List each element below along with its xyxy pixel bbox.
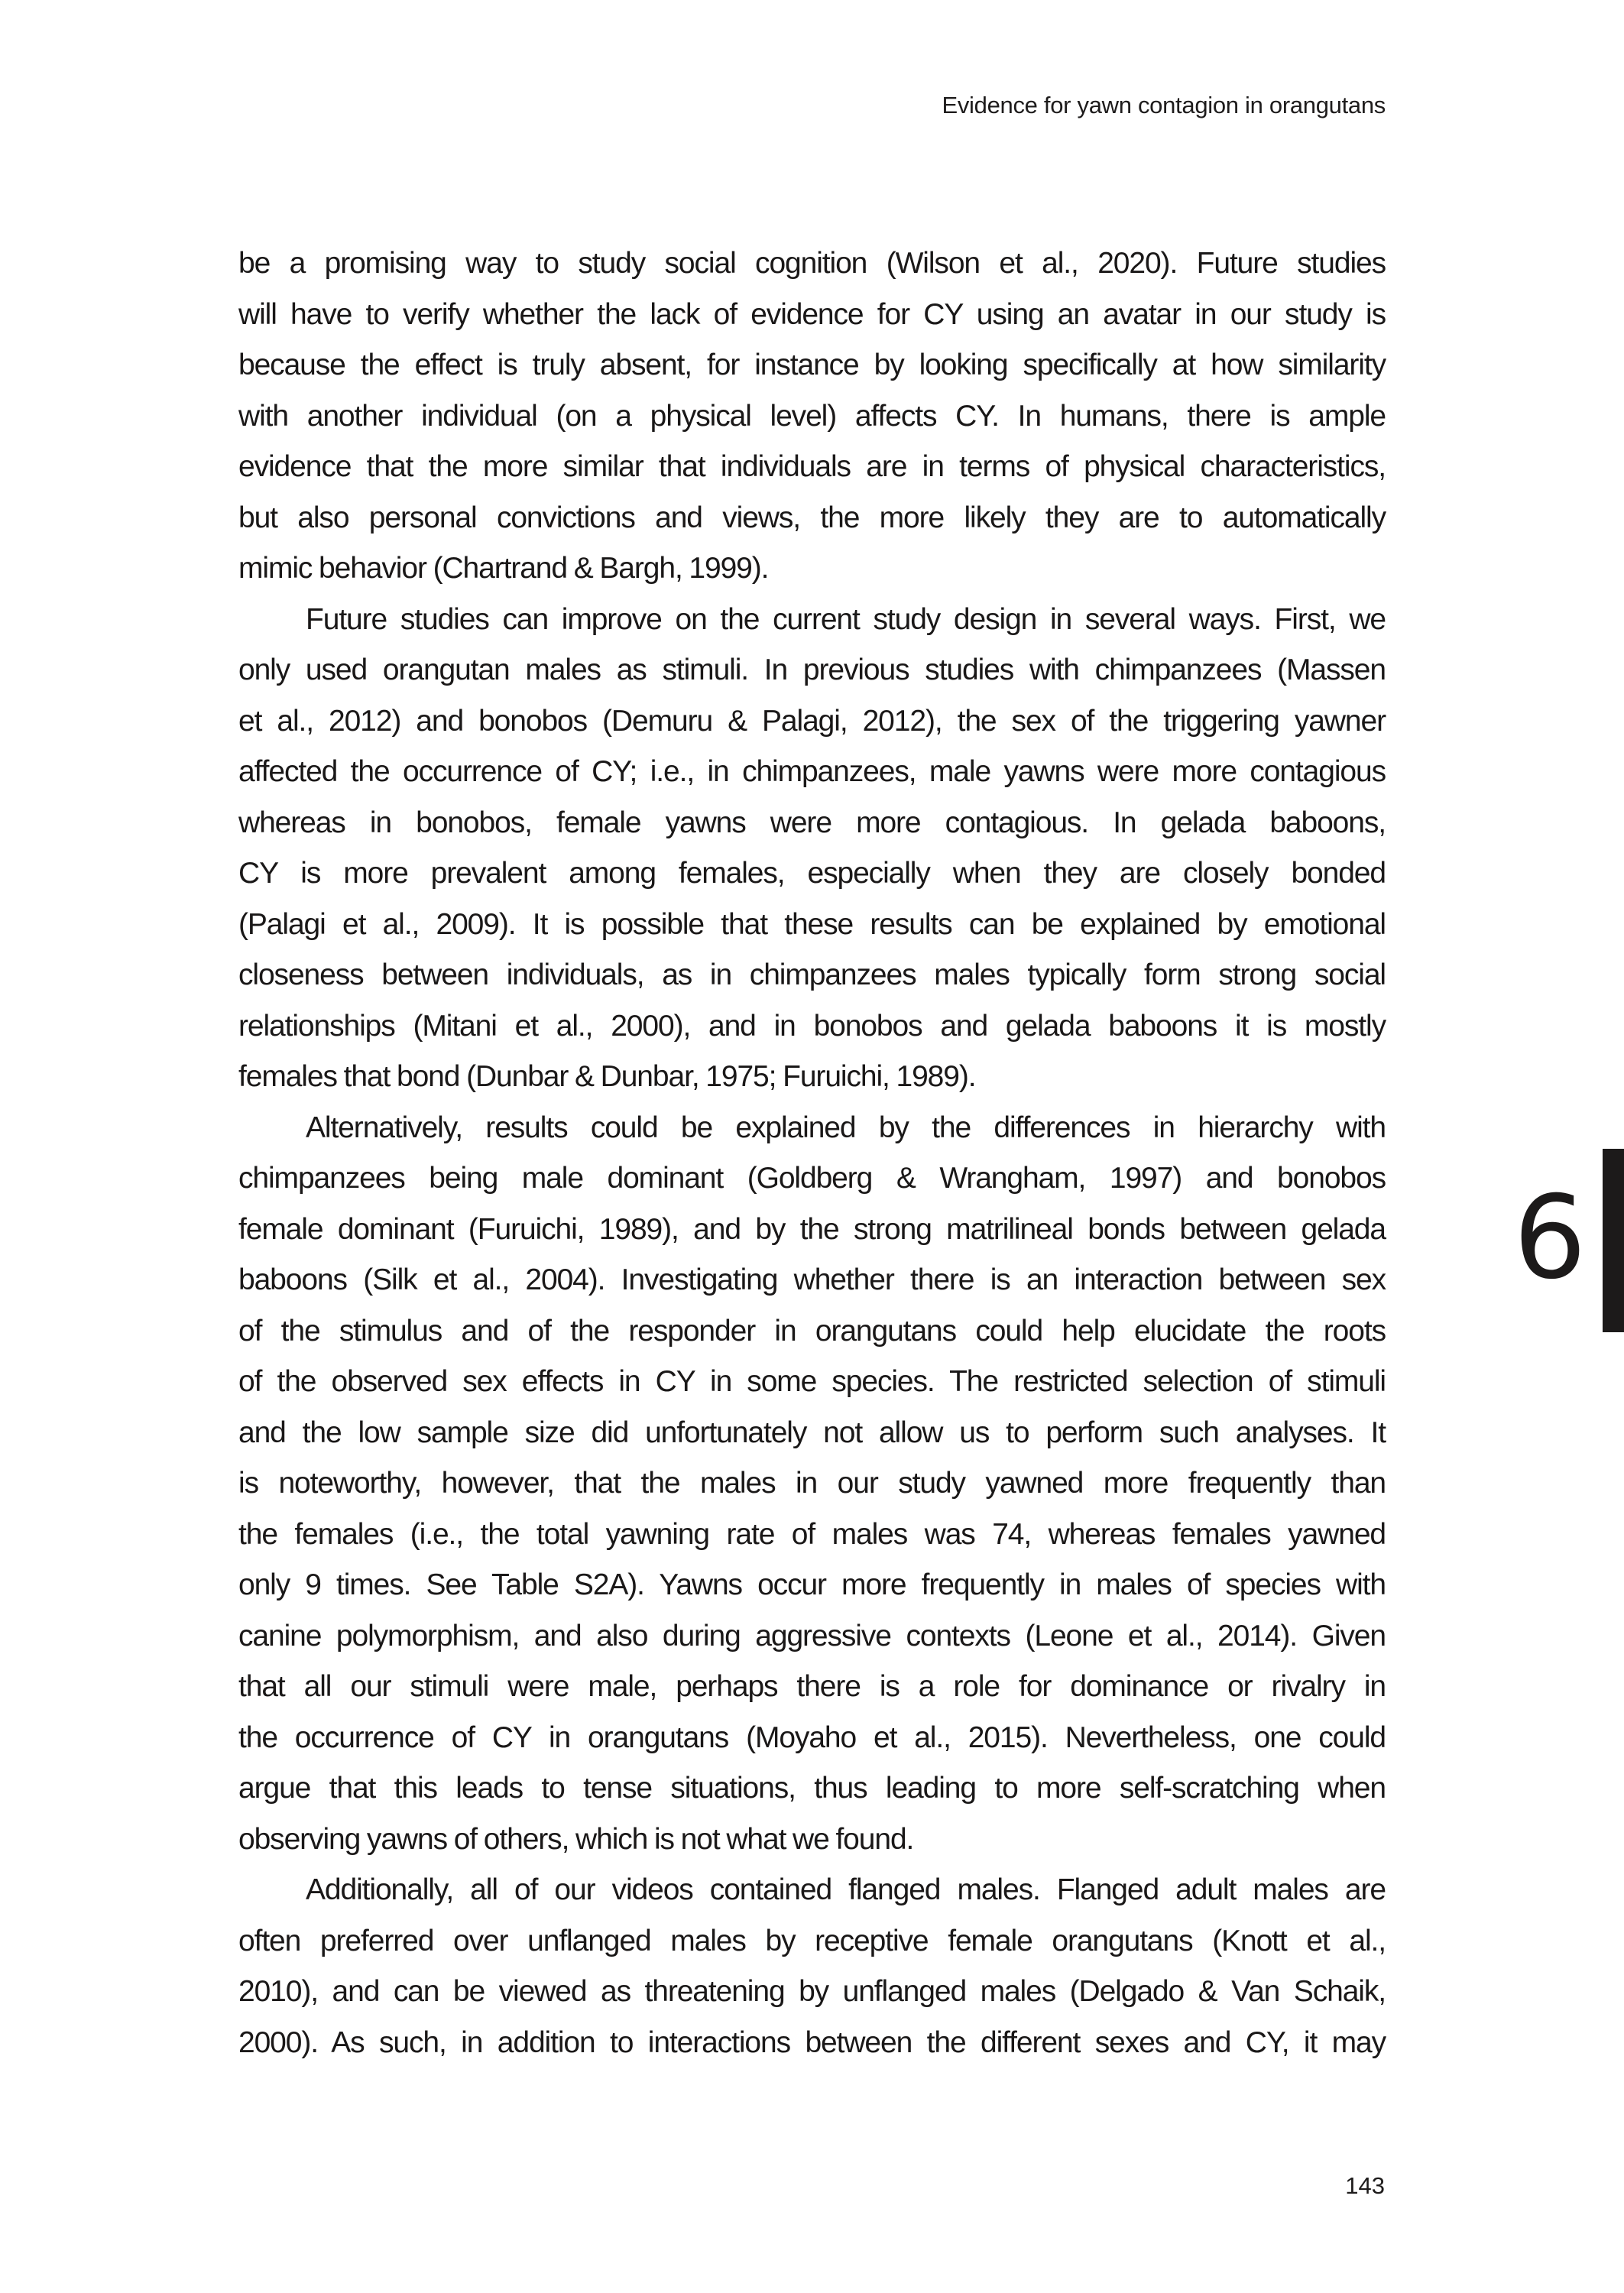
- chapter-number: 6: [1512, 1181, 1588, 1296]
- text-line: female dominant (Furuichi, 1989), and by…: [238, 1205, 1386, 1256]
- text-line: be a promising way to study social cogni…: [238, 238, 1386, 290]
- text-line: (Palagi et al., 2009). It is possible th…: [238, 900, 1386, 951]
- text-line: affected the occurrence of CY; i.e., in …: [238, 747, 1386, 798]
- text-line: of the observed sex effects in CY in som…: [238, 1357, 1386, 1408]
- text-line: will have to verify whether the lack of …: [238, 290, 1386, 341]
- text-line: Alternatively, results could be explaine…: [238, 1103, 1386, 1154]
- running-header: Evidence for yawn contagion in orangutan…: [942, 90, 1386, 121]
- text-line: closeness between individuals, as in chi…: [238, 950, 1386, 1001]
- text-line: only used orangutan males as stimuli. In…: [238, 645, 1386, 696]
- text-line: the occurrence of CY in orangutans (Moya…: [238, 1713, 1386, 1764]
- chapter-tab-bar: [1603, 1149, 1624, 1332]
- text-line: because the effect is truly absent, for …: [238, 340, 1386, 391]
- text-line: only 9 times. See Table S2A). Yawns occu…: [238, 1560, 1386, 1611]
- body-text: be a promising way to study social cogni…: [238, 238, 1386, 2068]
- text-line: the females (i.e., the total yawning rat…: [238, 1510, 1386, 1561]
- paragraph: Additionally, all of our videos containe…: [238, 1865, 1386, 2068]
- text-line: CY is more prevalent among females, espe…: [238, 848, 1386, 900]
- text-line: mimic behavior (Chartrand & Bargh, 1999)…: [238, 543, 1386, 595]
- text-line: Future studies can improve on the curren…: [238, 595, 1386, 646]
- text-line: evidence that the more similar that indi…: [238, 442, 1386, 493]
- text-line: whereas in bonobos, female yawns were mo…: [238, 798, 1386, 849]
- page-number: 143: [1345, 2171, 1385, 2201]
- text-line: Additionally, all of our videos containe…: [238, 1865, 1386, 1916]
- text-line: is noteworthy, however, that the males i…: [238, 1458, 1386, 1510]
- text-line: chimpanzees being male dominant (Goldber…: [238, 1153, 1386, 1205]
- text-line: 2010), and can be viewed as threatening …: [238, 1967, 1386, 2018]
- text-line: observing yawns of others, which is not …: [238, 1815, 1386, 1866]
- text-line: and the low sample size did unfortunatel…: [238, 1408, 1386, 1459]
- text-line: females that bond (Dunbar & Dunbar, 1975…: [238, 1052, 1386, 1103]
- text-line: relationships (Mitani et al., 2000), and…: [238, 1001, 1386, 1052]
- text-line: et al., 2012) and bonobos (Demuru & Pala…: [238, 696, 1386, 748]
- paragraph: Future studies can improve on the curren…: [238, 595, 1386, 1103]
- text-line: that all our stimuli were male, perhaps …: [238, 1662, 1386, 1713]
- paragraph: Alternatively, results could be explaine…: [238, 1103, 1386, 1866]
- text-line: baboons (Silk et al., 2004). Investigati…: [238, 1255, 1386, 1306]
- text-line: often preferred over unflanged males by …: [238, 1916, 1386, 1967]
- text-line: canine polymorphism, and also during agg…: [238, 1611, 1386, 1662]
- text-line: 2000). As such, in addition to interacti…: [238, 2018, 1386, 2069]
- text-line: argue that this leads to tense situation…: [238, 1763, 1386, 1815]
- text-line: but also personal convictions and views,…: [238, 493, 1386, 544]
- paragraph: be a promising way to study social cogni…: [238, 238, 1386, 595]
- text-line: with another individual (on a physical l…: [238, 391, 1386, 443]
- text-line: of the stimulus and of the responder in …: [238, 1306, 1386, 1357]
